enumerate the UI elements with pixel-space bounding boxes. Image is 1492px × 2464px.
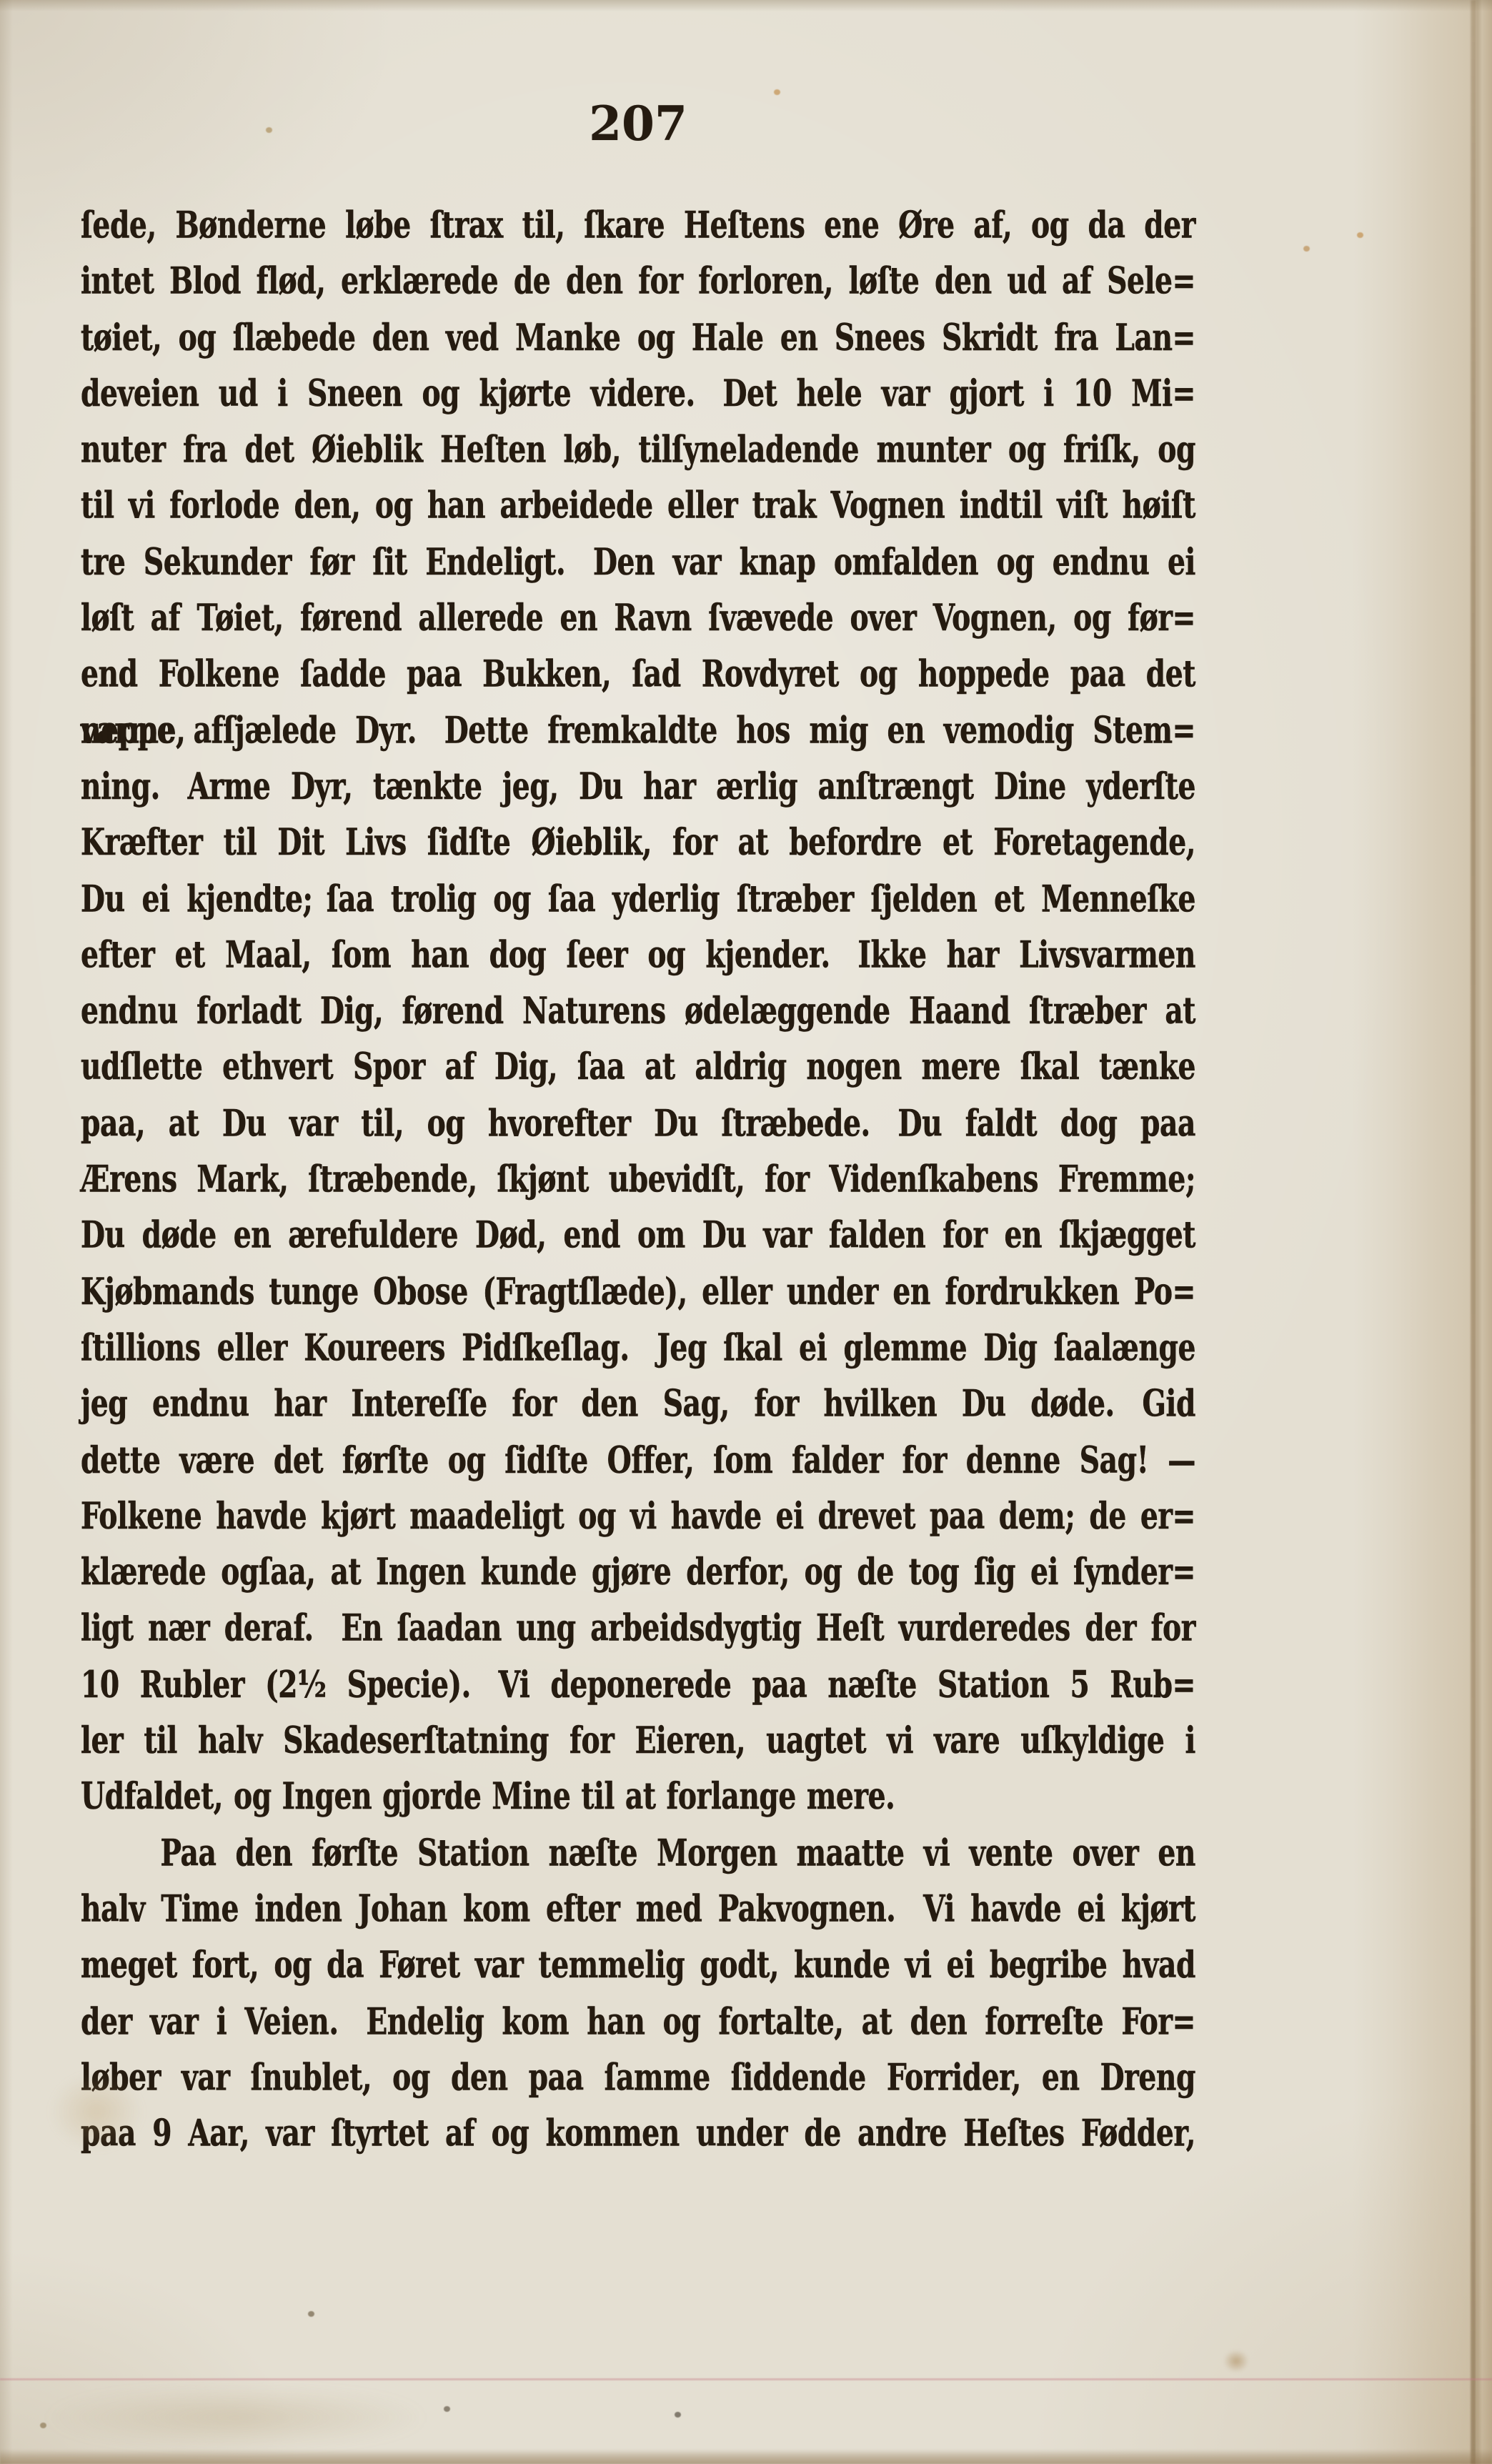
page-edge-crease <box>1471 0 1476 2464</box>
text-line: efter et Maal, ſom han dog ſeer og kjend… <box>81 927 1195 983</box>
text-line: paa 9 Aar, var ſtyrtet af og kommen unde… <box>81 2105 1195 2162</box>
text-line: ſede, Bønderne løbe ſtrax til, ſkare Heſ… <box>81 197 1195 254</box>
text-line: nuter fra det Øieblik Heſten løb, tilſyn… <box>81 422 1195 478</box>
text-line: Folkene havde kjørt maadeligt og vi havd… <box>81 1488 1195 1544</box>
text-line: tre Sekunder før ſit Endeligt. Den var k… <box>81 534 1195 590</box>
text-line: Ærens Mark, ſtræbende, ſkjønt ubevidſt, … <box>81 1151 1195 1208</box>
text-line: klærede ogſaa, at Ingen kunde gjøre derf… <box>81 1544 1195 1601</box>
text-line: der var i Veien. Endelig kom han og fort… <box>81 1993 1195 2050</box>
paper-stain <box>43 2387 429 2448</box>
text-line: Du døde en ærefuldere Død, end om Du var… <box>81 1208 1195 1264</box>
paper-speck <box>675 2412 681 2418</box>
paper-speck <box>1357 232 1363 238</box>
text-line: dette være det førſte og ſidſte Offer, ſ… <box>81 1432 1195 1489</box>
text-line: Du ei kjendte; ſaa trolig og ſaa yderlig… <box>81 870 1195 927</box>
text-line: meget fort, og da Føret var temmelig god… <box>81 1937 1195 1994</box>
text-line: end Folkene ſadde paa Bukken, ſad Rovdyr… <box>81 646 1195 702</box>
text-line: endnu forladt Dig, førend Naturens ødelæ… <box>81 983 1195 1040</box>
text-line: Udfaldet, og Ingen gjorde Mine til at fo… <box>81 1769 1195 1825</box>
text-line: løber var ſnublet, og den paa ſamme ſidd… <box>81 2050 1195 2106</box>
text-line: intet Blod flød, erklærede de den for fo… <box>81 254 1195 310</box>
bottom-edge-shading <box>0 2450 1492 2464</box>
scanned-book-page: 207 ſede, Bønderne løbe ſtrax til, ſkare… <box>0 0 1492 2464</box>
text-line: halv Time inden Johan kom efter med Pakv… <box>81 1881 1195 1937</box>
text-line: ſtillions eller Koureers Pidſkeſlag. Jeg… <box>81 1320 1195 1376</box>
text-line: udſlette ethvert Spor af Dig, ſaa at ald… <box>81 1039 1195 1096</box>
text-line: til vi forlode den, og han arbeidede ell… <box>81 478 1195 535</box>
text-line: ning. Arme Dyr, tænkte jeg, Du har ærlig… <box>81 758 1195 815</box>
text-line: løſt af Tøiet, førend allerede en Ravn ſ… <box>81 590 1195 647</box>
text-line: ler til halv Skadeserſtatning for Eieren… <box>81 1713 1195 1769</box>
text-line: 10 Rubler (2½ Specie). Vi deponerede paa… <box>81 1656 1195 1713</box>
paper-speck <box>774 89 780 95</box>
text-line: neppe afſjælede Dyr. Dette fremkaldte ho… <box>81 702 1195 759</box>
paper-speck <box>308 2311 314 2317</box>
text-line: tøiet, og ſlæbede den ved Manke og Hale … <box>81 309 1195 366</box>
paper-speck <box>40 2423 46 2428</box>
text-line: ligt nær deraf. En ſaadan ung arbeidsdyg… <box>81 1601 1195 1657</box>
text-line: Paa den førſte Station næſte Morgen maat… <box>81 1825 1195 1882</box>
text-line: paa, at Du var til, og hvorefter Du ſtræ… <box>81 1096 1195 1152</box>
text-line: deveien ud i Sneen og kjørte videre. Det… <box>81 366 1195 422</box>
paper-speck <box>444 2406 450 2412</box>
text-line: jeg endnu har Intereſſe for den Sag, for… <box>81 1376 1195 1432</box>
paper-stain <box>1223 2350 1249 2373</box>
page-number: 207 <box>81 100 1195 147</box>
faint-pink-line <box>0 2378 1492 2380</box>
body-text: ſede, Bønderne løbe ſtrax til, ſkare Heſ… <box>81 197 1195 2162</box>
text-line: Kræfter til Dit Livs ſidſte Øieblik, for… <box>81 815 1195 871</box>
paper-speck <box>1303 246 1310 252</box>
text-line: Kjøbmands tunge Obose (Fragtſlæde), elle… <box>81 1263 1195 1320</box>
